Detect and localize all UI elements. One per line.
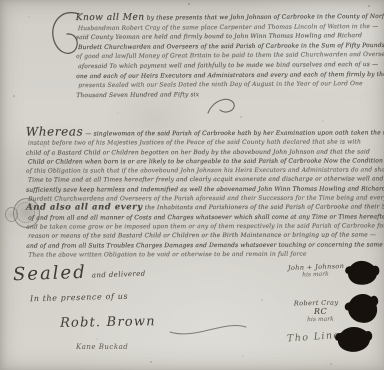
condition-paragraph: Whereas — singlewoman of the said Parish… (26, 126, 380, 259)
embossed-duty-stamp-icon (5, 196, 39, 232)
manuscript-text: by these presents that we John Johnson o… (147, 13, 384, 22)
his-mark-note: his mark (307, 316, 339, 324)
wax-seal-icon (347, 293, 379, 325)
signatory-mark: RC (314, 307, 339, 316)
wax-seal-icon (337, 326, 371, 353)
manuscript-text: the Inhabitants and Parishioners of the … (145, 204, 384, 212)
opening-paragraph: Know all Men by these presents that we J… (76, 12, 381, 100)
whereas-word: Whereas (26, 124, 84, 138)
delivered-words: and delivered (92, 270, 146, 280)
stamp-inner-ring (16, 202, 35, 223)
signature-flourish-icon (168, 318, 248, 340)
his-mark-note: his mark (302, 270, 345, 278)
signatory-block: John + Johnson his mark (288, 262, 345, 279)
manuscript-text: — singlewoman of the said Parish of Carb… (85, 129, 384, 137)
manuscript-line: Then the above written Obligation to be … (28, 249, 380, 260)
attestation-line: Sealed and delivered (13, 260, 146, 286)
witness-signature: Kane Buckad (76, 343, 128, 351)
witness-signature: Robt. Brown (60, 314, 156, 331)
opening-words: Know all Men (76, 13, 145, 23)
sealed-word: Sealed (13, 262, 87, 286)
manuscript-page: Know all Men by these presents that we J… (0, 0, 384, 370)
manuscript-line: Thousand Seven Hundred and Fifty six (76, 89, 380, 101)
presence-line: In the presence of us (30, 292, 128, 304)
emphasis-words: And also all and every (26, 203, 143, 213)
wax-seal-icon (346, 259, 378, 287)
signatory-block: Robert Cray RC his mark (294, 299, 339, 324)
